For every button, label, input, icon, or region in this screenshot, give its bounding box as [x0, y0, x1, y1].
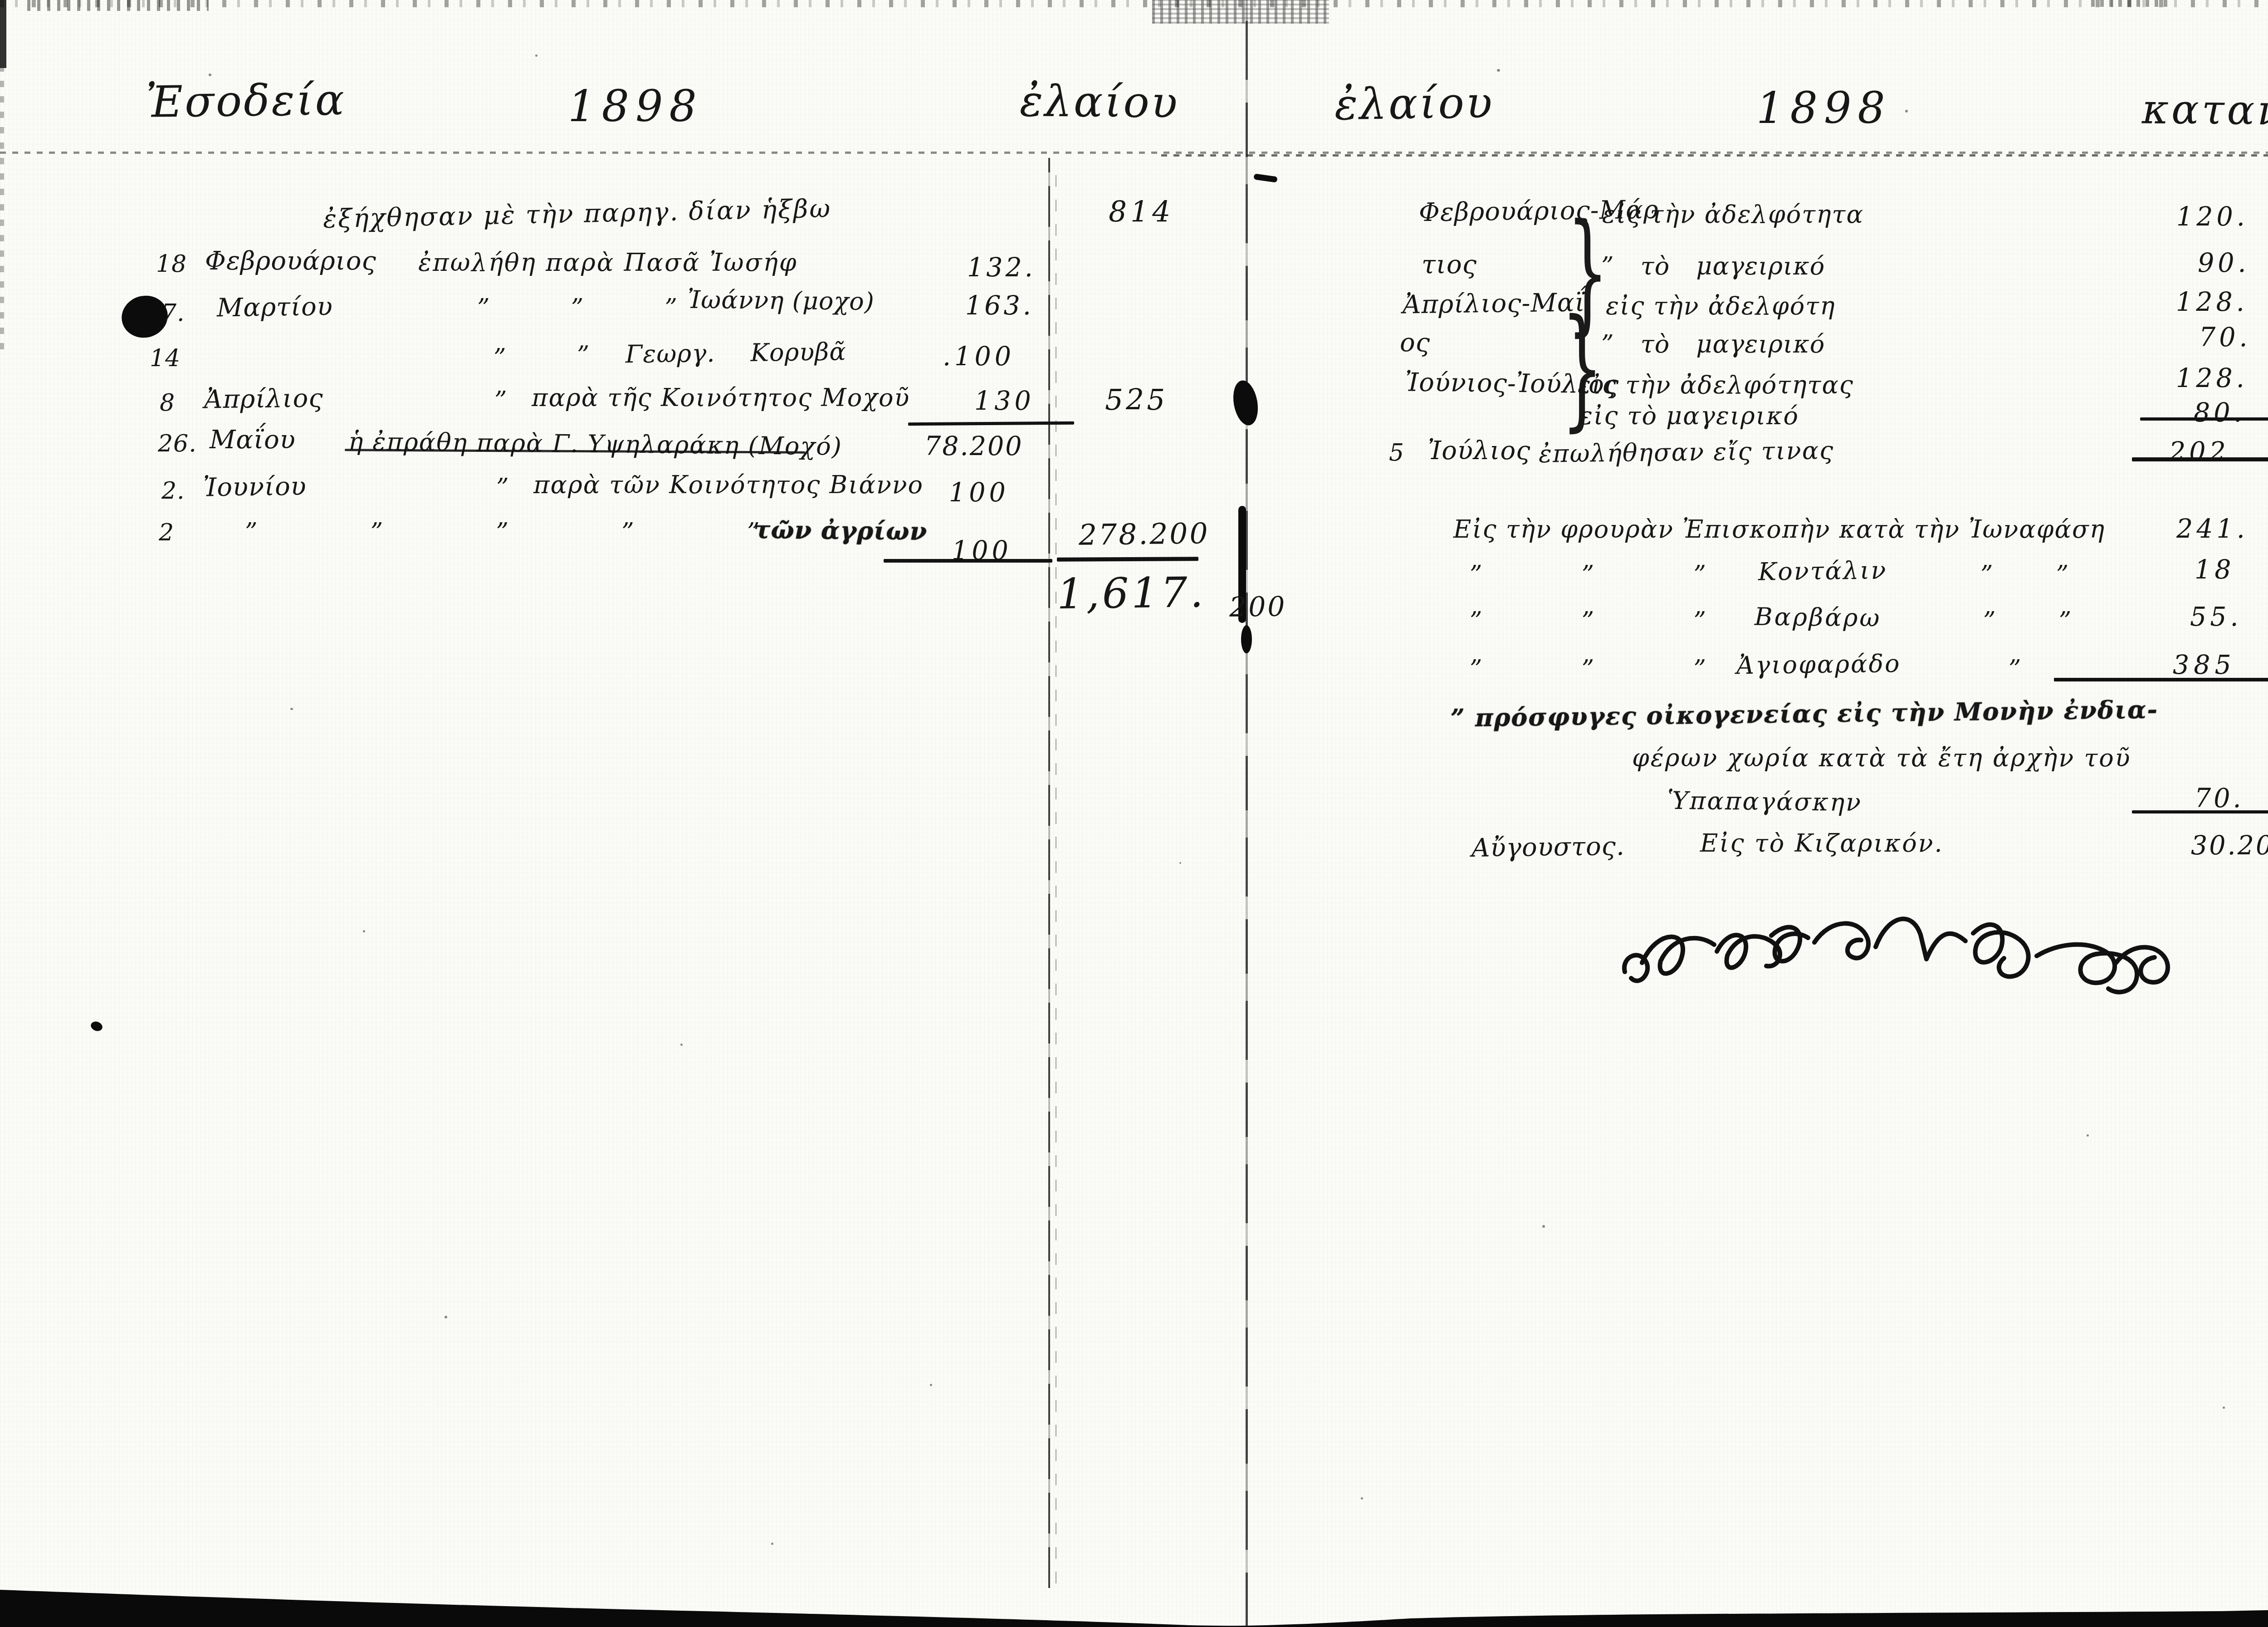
left-page-title: Ἐσοδεία	[146, 78, 346, 124]
entry-amount: 130	[974, 388, 1035, 414]
scan-noise-top-cluster-right	[2091, 0, 2168, 7]
entry-detail: ἐπωλήθη παρὰ Πασᾶ Ἰωσήφ	[418, 250, 798, 275]
entry-detail: ” τὸ μαγειρικό	[1601, 254, 1825, 279]
entry-month: Αὔγουστος.	[1471, 834, 1625, 861]
entry-day: 8	[160, 391, 175, 415]
entry-amount: 70.	[2195, 786, 2244, 812]
binding-smudge-lower	[1241, 625, 1252, 653]
entry-amount: 18	[2195, 557, 2235, 583]
entry-month: Μαρτίου	[217, 294, 333, 321]
ink-dot-left-margin	[89, 1020, 103, 1033]
entry-amount: 80.	[2194, 400, 2246, 426]
ditto-marks: ”	[496, 475, 509, 500]
ditto-marks: ” ” ”	[1470, 609, 1706, 633]
entry-month: Μαΐου	[210, 427, 296, 453]
scan-edge-left-fade	[0, 68, 4, 349]
amount-underline	[2140, 417, 2268, 421]
entry-amount: 132.	[967, 255, 1036, 281]
entry-name: Ἀγιοφαράδο	[1736, 652, 1901, 678]
total-underline	[1057, 557, 1198, 562]
entry-amount: 30.200	[2191, 833, 2268, 859]
entry-amount: 163.	[965, 293, 1034, 319]
ditto-marks: ” ”	[1983, 609, 2072, 633]
speck	[363, 930, 365, 932]
speck	[290, 708, 293, 710]
entry-amount: 100	[949, 480, 1009, 506]
entry-amount: 70.	[2199, 325, 2251, 351]
signature-flourish	[1615, 904, 2195, 1013]
entry-name: Βαρβάρω	[1755, 605, 1882, 631]
entry-total: 525	[1105, 386, 1168, 414]
scan-noise-top-edge	[0, 0, 2268, 7]
entry-name: Ὑπαπαγάσκην	[1667, 789, 1862, 815]
ditto-marks: ” ”	[1980, 563, 2069, 587]
amount-underline	[2054, 678, 2268, 681]
scan-edge-left-sliver	[0, 0, 6, 68]
entry-period: Ἰούλιος	[1428, 438, 1530, 464]
ditto-marks: ” ” ” ” ”	[245, 520, 760, 544]
entry-month: Ἰουνίου	[203, 474, 307, 501]
entry-amount: 128.	[2176, 366, 2248, 392]
entry-detail: Εἰς τὴν φρουρὰν Ἐπισκοπὴν κατὰ τὴν Ἰωναφ…	[1453, 517, 2105, 542]
amount-underline	[884, 559, 1052, 563]
left-column-rule-secondary	[1056, 163, 1056, 1583]
binding-tick-top	[1253, 173, 1277, 182]
entry-detail: εἰς τὴν ἀδελφότητας	[1578, 373, 1854, 397]
speck	[1179, 862, 1181, 864]
scan-edge-bottom-band	[0, 1578, 2268, 1627]
speck	[771, 1543, 773, 1545]
entry-detail-struck: ἡ ἐπράθη παρὰ Γ. Υψηλαράκη (Μοχό)	[348, 429, 842, 459]
entry-detail: Ἰωάννη (μοχο)	[688, 288, 875, 314]
right-page-title: κατανάλωσις	[2142, 89, 2268, 133]
entry-detail: ἐπωλήθησαν εἴς τινας	[1539, 438, 1834, 466]
entry-amount: 55.	[2190, 604, 2242, 630]
entry-amount: 78.200	[924, 434, 1023, 460]
right-page-commodity: ἐλαίου	[1334, 82, 1494, 127]
entry-detail: εἰς τὸ μαγειρικό	[1579, 404, 1799, 428]
ditto-marks: ” ” ”	[1470, 657, 1706, 681]
left-page-commodity: ἐλαίου	[1020, 80, 1180, 125]
left-grand-total-cents: 200	[1229, 593, 1287, 621]
note-line-1: ” πρόσφυγες οἰκογενείας εἰς τὴν Μονὴν ἐν…	[1451, 697, 2159, 730]
entry-amount: 385	[2173, 652, 2236, 678]
entry-day: 26.	[158, 432, 197, 456]
speck	[1905, 110, 1908, 113]
speck	[445, 1316, 447, 1318]
entry-period: Ἀπρίλιος-Μαΐ	[1403, 290, 1585, 318]
amount-underline	[2132, 457, 2268, 461]
header-rule-dense-segment	[1161, 154, 2268, 157]
entry-amount: 90.	[2198, 250, 2250, 276]
speck	[1542, 1225, 1545, 1228]
entry-day: 7.	[161, 301, 185, 325]
scan-noise-top-cluster-left	[27, 0, 209, 11]
ditto-marks: ”	[494, 346, 507, 370]
ledger-sheet: 6 Ἐσοδεία 1898 ἐλαίου ἐλαίου 1898 κατανά…	[0, 0, 2268, 1627]
entry-amount: 128.	[2176, 289, 2248, 315]
ditto-marks: ” ” ”	[477, 296, 678, 320]
ditto-marks: ”	[2009, 657, 2022, 681]
speck	[1497, 69, 1500, 72]
right-page-year: 1898	[1756, 87, 1892, 130]
speck	[535, 54, 538, 57]
ditto-marks: ”	[494, 388, 508, 413]
speck	[1361, 1497, 1363, 1500]
left-grand-total: 1,617.	[1056, 572, 1206, 615]
note-line-2: φέρων χωρία κατὰ τὰ ἔτη ἀρχὴν τοῦ	[1632, 746, 2131, 770]
amount-underline	[2132, 810, 2268, 813]
entry-detail: τῶν ἀγρίων	[754, 517, 928, 544]
speck	[2087, 1134, 2089, 1137]
entry-detail: εἰς τὴν ἀδελφότη	[1606, 294, 1836, 319]
entry-period: τιος	[1422, 252, 1477, 278]
ditto-marks: ” ” ”	[1470, 563, 1706, 587]
entry-detail: Εἰς τὸ Κιζαρικόν.	[1700, 831, 1944, 856]
left-intro-total: 814	[1109, 198, 1174, 226]
speck	[930, 1384, 932, 1386]
scan-noise-top-cluster-binding	[1152, 0, 1329, 24]
entry-total: 278.200	[1079, 519, 1210, 549]
speck	[680, 1044, 683, 1046]
binding-smudge-upper	[1230, 378, 1261, 427]
entry-day: 18	[156, 252, 187, 276]
entry-name: Κοντάλιν	[1758, 558, 1887, 584]
entry-day: 14	[150, 347, 181, 370]
speck	[2223, 1406, 2225, 1409]
entry-detail: παρὰ τῶν Κοινότητος Βιάννο	[533, 473, 924, 497]
entry-detail: εἰς τὴν ἀδελφότητα	[1602, 202, 1864, 227]
entry-day: 2	[159, 521, 174, 544]
entry-amount: 120.	[2176, 204, 2248, 230]
binding-gutter-line	[1246, 0, 1248, 1627]
entry-day: 5	[1389, 441, 1404, 465]
entry-detail: ” τὸ μαγειρικό	[1601, 332, 1825, 357]
entry-month: Φεβρουάριος	[205, 249, 376, 274]
entry-detail: παρὰ τῆς Κοινότητος Μοχοῦ	[532, 386, 910, 410]
entry-amount: .100	[943, 344, 1015, 370]
left-page-year: 1898	[568, 85, 703, 128]
entry-period: ος	[1400, 330, 1430, 356]
entry-month: Ἀπρίλιος	[204, 386, 323, 412]
header-rule	[0, 152, 2268, 154]
speck	[209, 74, 211, 76]
entry-detail: ” Γεωργ. Κορυβᾶ	[577, 339, 846, 367]
left-intro-text: ἐξήχθησαν μὲ τὴν παρηγ. δίαν ἡξβω	[323, 196, 832, 232]
entry-day: 2.	[161, 479, 185, 503]
left-column-rule-main	[1048, 158, 1050, 1588]
entry-amount: 241.	[2176, 516, 2248, 542]
